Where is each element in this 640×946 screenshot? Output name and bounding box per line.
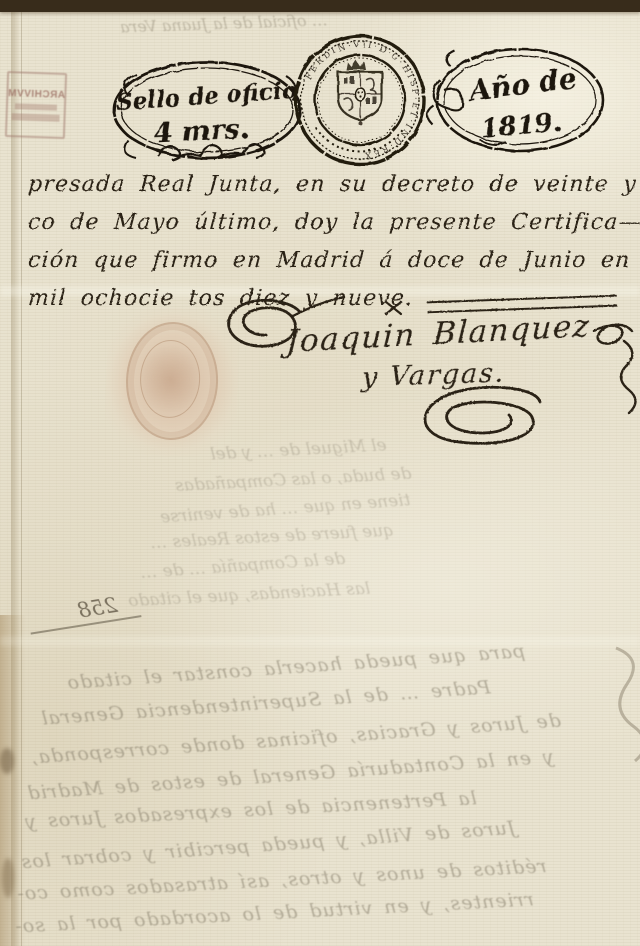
bleedthrough-line: el Miguel de … y del [210,435,387,464]
body-line: mil ochocie tos diez y nueve. [27,280,415,318]
folio-number: 258 [26,589,141,634]
signature-spiral-flourish [425,387,540,443]
fee-stamp-value: 4 mrs. [153,114,250,150]
bleedthrough-line: de buda, o las Compañadas [175,464,412,496]
signature-flourish-right [594,325,636,413]
archive-stamp: ARCHIVVM [5,71,67,139]
signature-surname: y Vargas. [361,357,507,393]
bleedthrough-line: de la Compañía … de … [140,549,346,583]
archive-stamp-text: ARCHIVVM [8,88,66,101]
fold-band [0,636,640,646]
document-page: … oficial de la Juana Vera ARCHIVVM Sell… [0,0,640,946]
bleedthrough-line: las Haciendas, que el citado [128,579,371,612]
edge-stain [0,748,14,774]
royal-seal: FERDIN·VII·D·G·HISP·ET·IND·REX [290,30,430,170]
edge-stain [2,858,14,898]
body-line: ción que firmo en Madrid á doce de Junio… [27,242,632,280]
body-line: co de Mayo último, doy la presente Certi… [27,204,632,242]
coat-of-arms [338,60,382,125]
year-stamp-title: Año de [464,62,578,108]
wax-seal [103,306,240,459]
bleedthrough-flourish [616,648,640,761]
fee-stamp: Sello de oficio 4 mrs. [106,54,312,172]
torn-paper-edge [0,0,640,12]
body-paragraph: presada Real Junta, en su decreto de vei… [28,166,630,318]
archive-stamp-illegible-line [11,113,59,122]
year-stamp-year: 1819. [479,108,563,145]
body-line: presada Real Junta, en su decreto de vei… [27,166,632,204]
archive-stamp-illegible-line [15,103,57,110]
year-stamp: Año de 1819. [420,40,606,164]
